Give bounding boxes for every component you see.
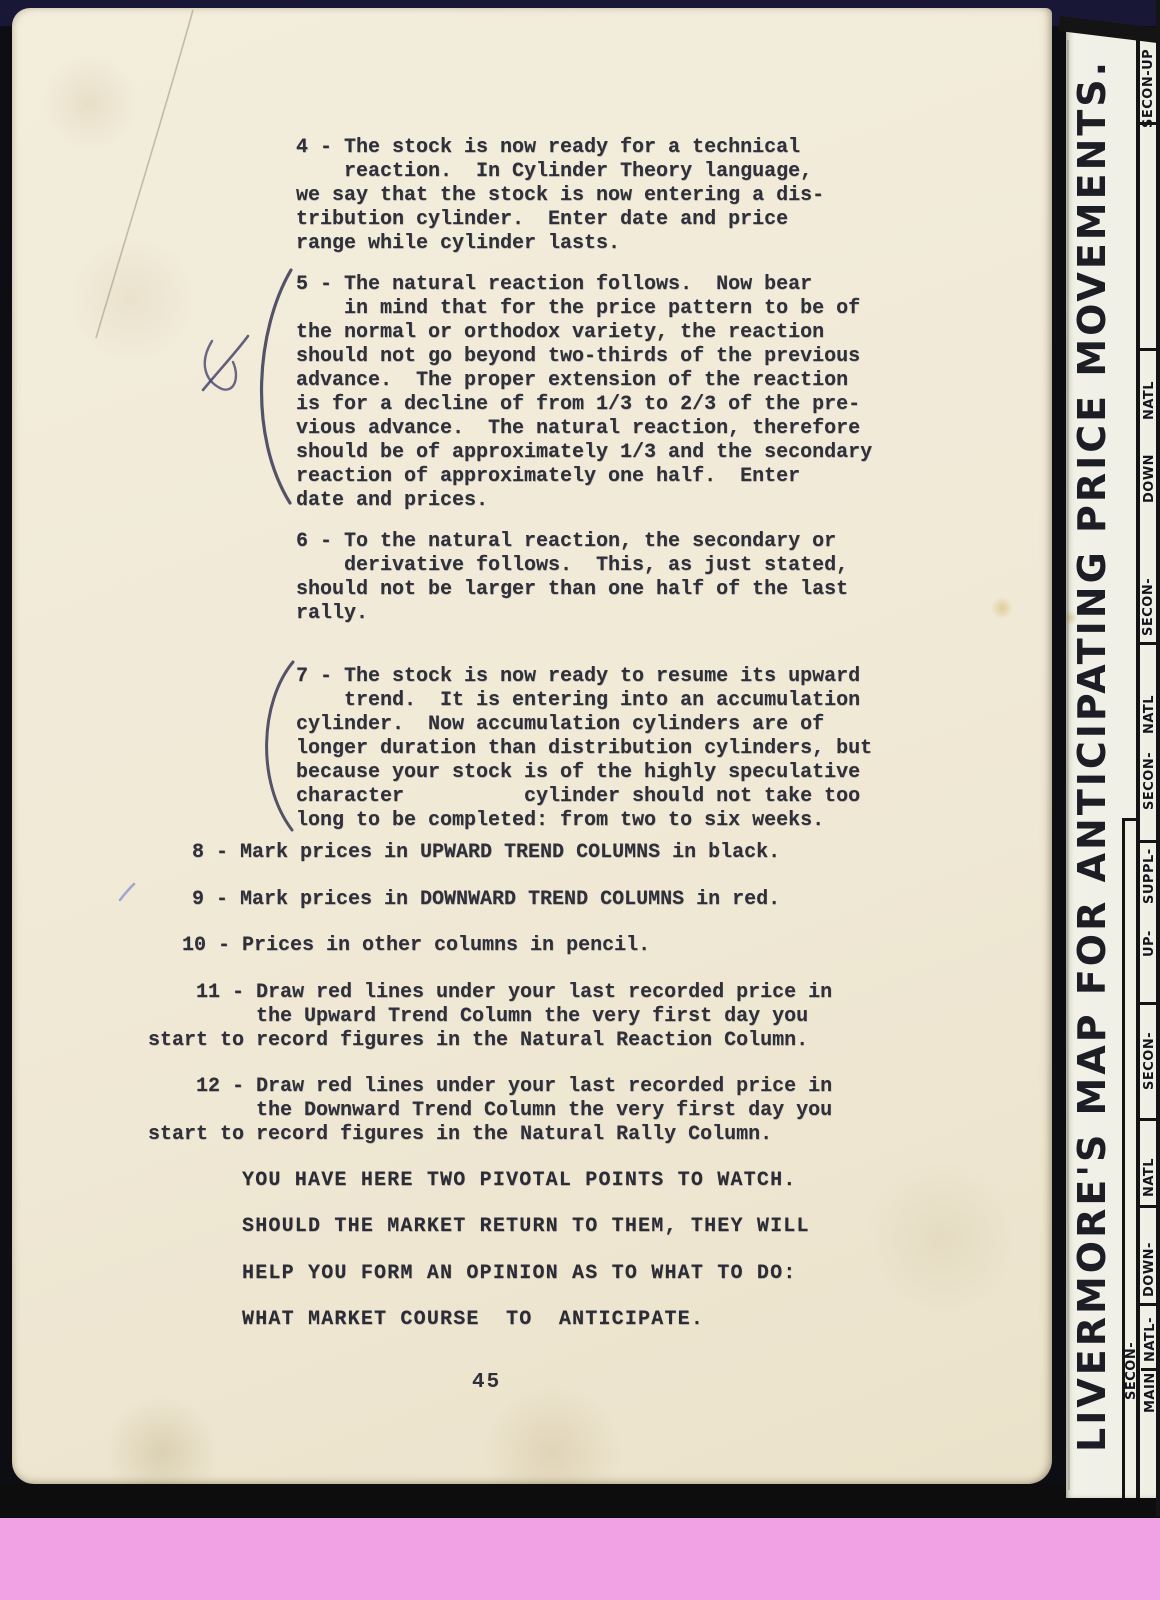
edge-label-natl: NATL (1142, 358, 1158, 420)
edge-label-down: DOWN (1142, 428, 1158, 503)
typed-item-12: 12 - Draw red lines under your last reco… (148, 1075, 832, 1147)
edge-label-secon: SECON- (1124, 1315, 1140, 1400)
typed-item-8: 8 - Mark prices in UPWARD TREND COLUMNS … (192, 841, 780, 865)
closing-statement-4: WHAT MARKET COURSE TO ANTICIPATE. (242, 1308, 704, 1332)
edge-label-secon: SECON- (1142, 738, 1158, 810)
typed-item-10: 10 - Prices in other columns in pencil. (182, 934, 650, 958)
typed-item-11: 11 - Draw red lines under your last reco… (148, 981, 832, 1053)
table-border-vertical (1136, 38, 1140, 1498)
typed-item-5: 5 - The natural reaction follows. Now be… (296, 273, 872, 513)
typed-item-9: 9 - Mark prices in DOWNWARD TREND COLUMN… (192, 888, 780, 912)
closing-statement-3: HELP YOU FORM AN OPINION AS TO WHAT TO D… (242, 1262, 796, 1286)
typed-item-6: 6 - To the natural reaction, the seconda… (296, 530, 848, 626)
typed-item-7: 7 - The stock is now ready to resume its… (296, 665, 872, 833)
closing-statement-2: SHOULD THE MARKET RETURN TO THEM, THEY W… (242, 1215, 810, 1239)
pink-backdrop (0, 1516, 1160, 1600)
edge-label-natl: NATL (1142, 684, 1158, 734)
side-note-title: LIVERMORE'S MAP FOR ANTICIPATING PRICE M… (1070, 52, 1128, 1452)
edge-label-down: DOWN- (1142, 1222, 1158, 1297)
edge-label-suppl: SUPPL- (1142, 848, 1158, 904)
book-cover-edge (0, 1484, 1160, 1518)
closing-statement-1: YOU HAVE HERE TWO PIVOTAL POINTS TO WATC… (242, 1169, 796, 1193)
edge-label-natl: NATL- (1143, 1312, 1159, 1362)
edge-label-up: UP- (1142, 909, 1158, 957)
edge-label-main: MAIN (1143, 1369, 1159, 1413)
typed-item-4: 4 - The stock is now ready for a technic… (296, 136, 824, 256)
book-photo: { "colors": { "paper": "#f0e9d6", "backd… (0, 0, 1160, 1600)
edge-label-secon-up: SECON-UP (1141, 8, 1157, 128)
edge-label-secon: SECON- (1142, 1005, 1158, 1090)
page-number: 45 (472, 1371, 501, 1394)
edge-label-secon: SECON- (1141, 508, 1157, 636)
edge-label-natl: NATL (1142, 1127, 1158, 1197)
